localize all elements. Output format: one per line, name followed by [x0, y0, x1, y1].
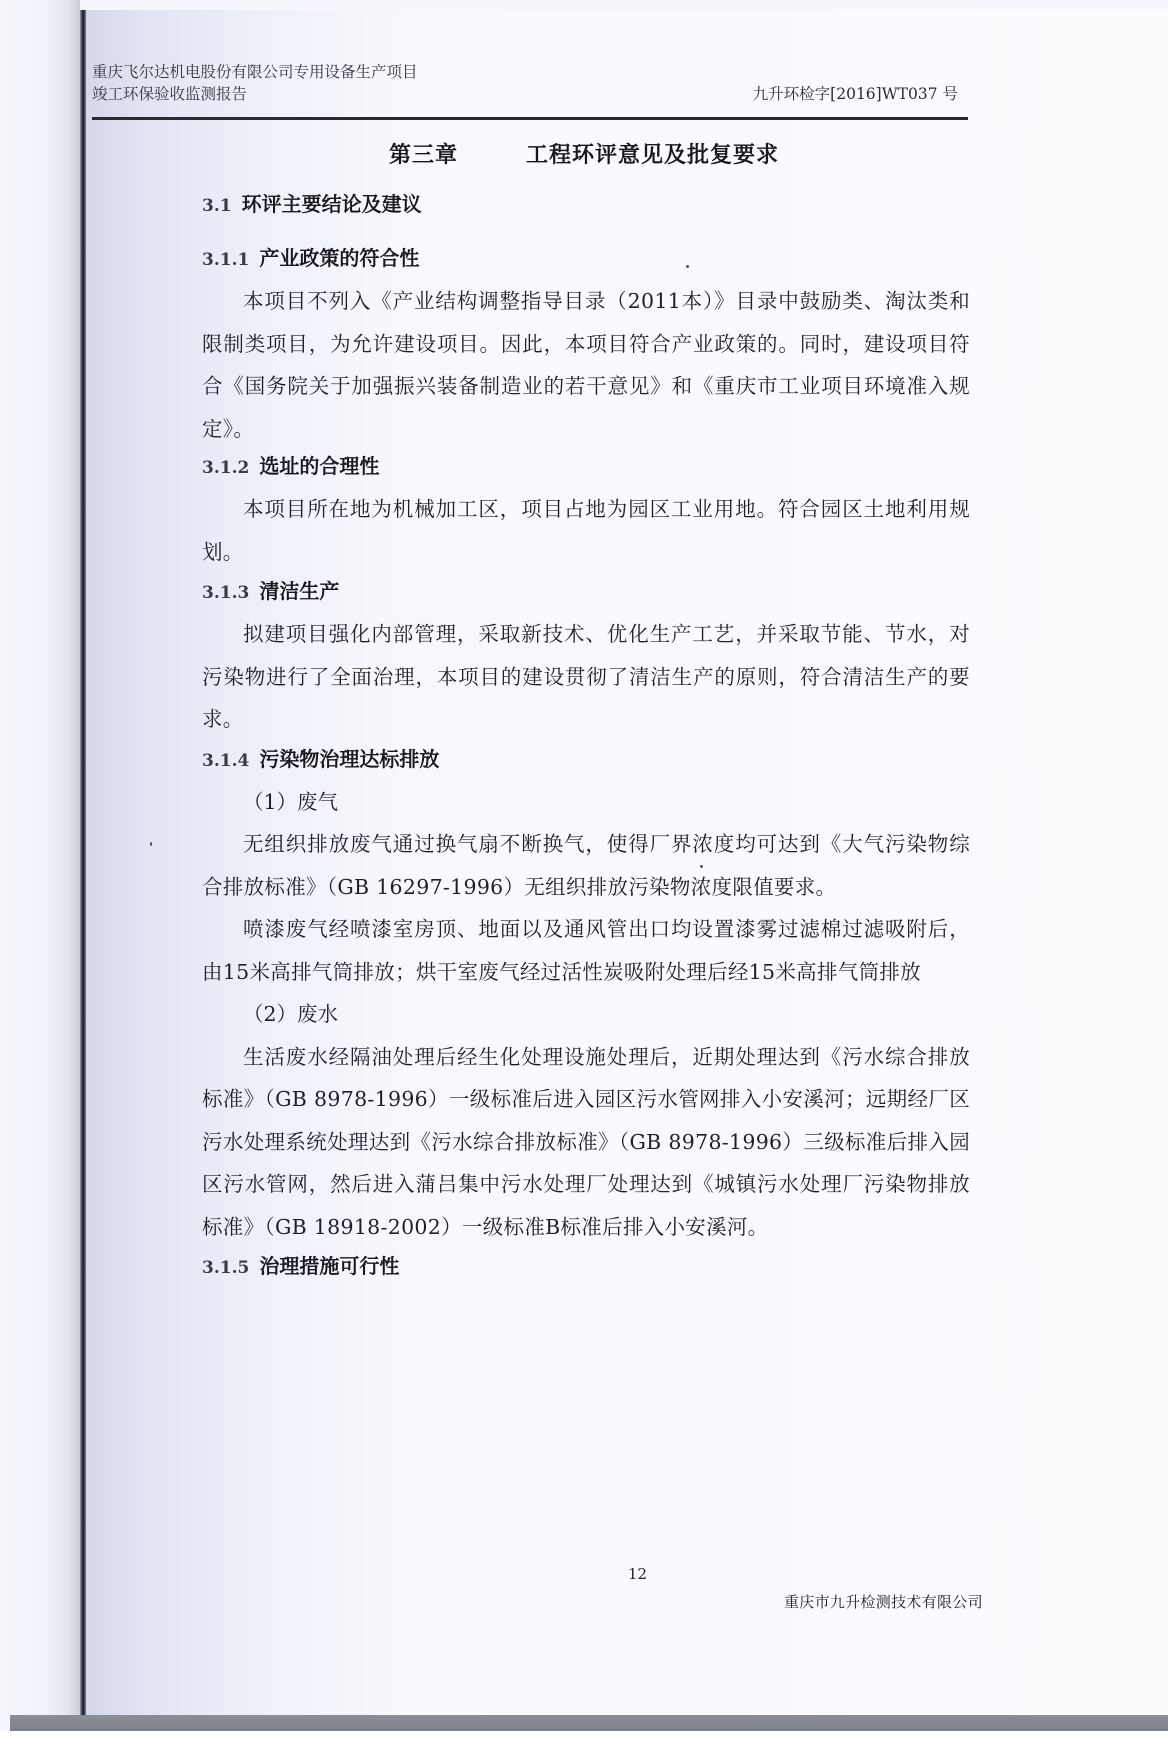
paragraph-industrial-policy: 本项目不列入《产业结构调整指导目录（2011本）》目录中鼓励类、淘汰类和限制类项… — [202, 280, 970, 450]
paragraph-domestic-wastewater: 生活废水经隔油处理后经生化处理设施处理后，近期处理达到《污水综合排放标准》（GB… — [202, 1036, 970, 1249]
section-title: 环评主要结论及建议 — [242, 192, 422, 216]
section-number: 3.1.1 — [202, 250, 249, 270]
subheading-waste-water: （2）废水 — [202, 993, 970, 1036]
section-title: 清洁生产 — [259, 579, 339, 603]
scanner-bottom-edge — [10, 1715, 1168, 1731]
section-title: 产业政策的符合性 — [259, 246, 419, 270]
section-heading-3-1-3: 3.1.3清洁生产 — [202, 577, 970, 605]
scan-speck — [700, 865, 703, 868]
section-number: 3.1 — [202, 196, 232, 216]
footer-company-name: 重庆市九升检测技术有限公司 — [784, 1591, 983, 1612]
paragraph-site-selection: 本项目所在地为机械加工区，项目占地为园区工业用地。符合园区土地利用规划。 — [202, 488, 970, 573]
section-heading-3-1-1: 3.1.1产业政策的符合性 — [202, 244, 970, 272]
page-binding-shadow — [80, 10, 86, 1715]
header-project-title: 重庆飞尔达机电股份有限公司专用设备生产项目 竣工环保验收监测报告 — [92, 61, 418, 105]
section-number: 3.1.3 — [202, 583, 249, 603]
paragraph-spray-paint-exhaust: 喷漆废气经喷漆室房顶、地面以及通风管出口均设置漆雾过滤棉过滤吸附后，由15米高排… — [202, 908, 970, 993]
section-heading-3-1-5: 3.1.5治理措施可行性 — [202, 1252, 970, 1280]
chapter-number: 第三章 — [389, 143, 458, 168]
section-number: 3.1.5 — [202, 1258, 249, 1278]
scan-speck — [686, 265, 689, 268]
paragraph-clean-production: 拟建项目强化内部管理，采取新技术、优化生产工艺，并采取节能、节水，对污染物进行了… — [202, 613, 970, 741]
section-title: 选址的合理性 — [259, 454, 379, 478]
subheading-waste-gas: （1）废气 — [202, 781, 970, 824]
section-heading-3-1-4: 3.1.4污染物治理达标排放 — [202, 745, 970, 773]
scanner-bottom-margin — [0, 1731, 1168, 1755]
header-report-number: 九升环检字[2016]WT037 号 — [753, 83, 958, 105]
section-heading-3-1-2: 3.1.2选址的合理性 — [202, 452, 970, 480]
running-header: 重庆飞尔达机电股份有限公司专用设备生产项目 竣工环保验收监测报告 九升环检字[2… — [92, 55, 968, 120]
header-project-line1: 重庆飞尔达机电股份有限公司专用设备生产项目 — [92, 61, 418, 83]
section-title: 污染物治理达标排放 — [259, 747, 439, 771]
page-number: 12 — [628, 1565, 647, 1583]
section-number: 3.1.2 — [202, 458, 249, 478]
paragraph-unorganized-emissions: 无组织排放废气通过换气扇不断换气，使得厂界浓度均可达到《大气污染物综合排放标准》… — [202, 823, 970, 908]
section-heading-3-1: 3.1环评主要结论及建议 — [202, 190, 970, 218]
header-project-line2: 竣工环保验收监测报告 — [92, 83, 418, 105]
section-number: 3.1.4 — [202, 751, 249, 771]
scan-speck — [150, 842, 152, 846]
section-title: 治理措施可行性 — [259, 1254, 399, 1278]
chapter-name: 工程环评意见及批复要求 — [526, 143, 779, 168]
document-body: 3.1环评主要结论及建议 3.1.1产业政策的符合性 本项目不列入《产业结构调整… — [202, 190, 970, 1280]
scanner-background-left — [0, 0, 80, 1755]
chapter-title: 第三章工程环评意见及批复要求 — [0, 138, 1168, 169]
